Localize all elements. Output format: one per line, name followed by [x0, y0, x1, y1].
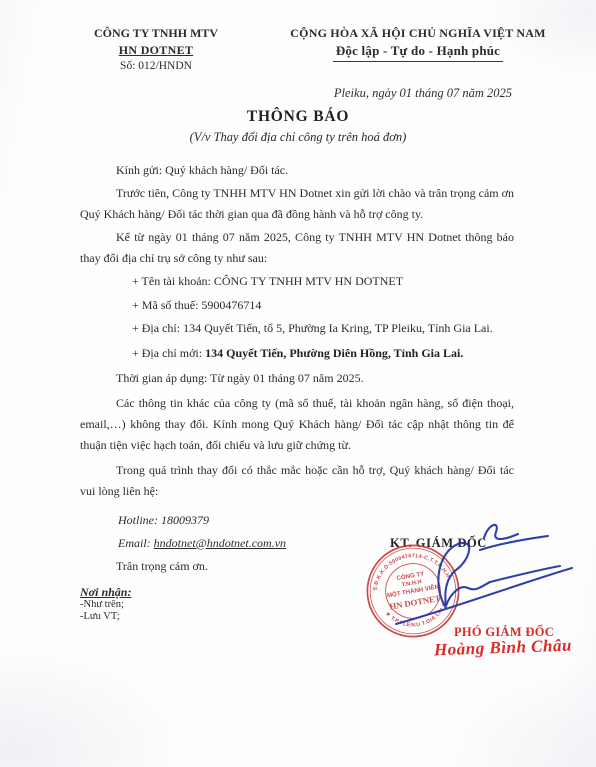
signature-flourish-underline	[480, 536, 548, 550]
national-motto: Độc lập - Tự do - Hạnh phúc	[333, 42, 503, 62]
national-title: CỘNG HÒA XÃ HỘI CHỦ NGHĨA VIỆT NAM	[286, 25, 550, 42]
place-date-line: Pleiku, ngày 01 tháng 07 năm 2025	[0, 86, 596, 101]
detail-old-address: + Địa chỉ: 134 Quyết Tiến, tổ 5, Phường …	[80, 318, 514, 339]
signature-main-loop	[438, 543, 490, 608]
issuer-company-type: CÔNG TY TNHH MTV	[72, 25, 240, 42]
signer-name: Hoàng Bình Châu	[434, 636, 571, 661]
handwritten-signature	[388, 512, 583, 637]
issuer-company-name: HN DOTNET	[72, 42, 240, 59]
paragraph-other-info: Các thông tin khác của công ty (mã số th…	[80, 393, 514, 456]
issuer-block: CÔNG TY TNHH MTV HN DOTNET Số: 012/HNDN	[72, 25, 240, 75]
new-address-value: 134 Quyết Tiến, Phường Diên Hồng, Tỉnh G…	[205, 346, 463, 360]
email-label: Email:	[118, 536, 154, 550]
detail-tax-code: + Mã số thuế: 5900476714	[80, 295, 514, 316]
email-link[interactable]: hndotnet@hndotnet.com.vn	[154, 536, 286, 550]
signature-long-diagonal	[396, 568, 572, 624]
document-ref-number: Số: 012/HNDN	[72, 58, 240, 75]
paragraph-announce: Kể từ ngày 01 tháng 07 năm 2025, Công ty…	[80, 227, 514, 269]
new-address-label: + Địa chỉ mới:	[132, 346, 205, 360]
detail-new-address: + Địa chỉ mới: 134 Quyết Tiến, Phường Di…	[80, 343, 514, 364]
detail-account-name: + Tên tài khoản: CÔNG TY TNHH MTV HN DOT…	[80, 271, 514, 292]
scanned-letter-page: CÔNG TY TNHH MTV HN DOTNET Số: 012/HNDN …	[0, 0, 596, 767]
document-subtitle: (V/v Thay đổi địa chỉ công ty trên hoá đ…	[0, 130, 596, 145]
letter-header: CÔNG TY TNHH MTV HN DOTNET Số: 012/HNDN …	[0, 0, 596, 75]
national-header-block: CỘNG HÒA XÃ HỘI CHỦ NGHĨA VIỆT NAM Độc l…	[286, 25, 550, 75]
paragraph-intro: Trước tiên, Công ty TNHH MTV HN Dotnet x…	[80, 183, 514, 225]
signature-flourish-stroke	[484, 525, 518, 539]
effective-date-line: Thời gian áp dụng: Từ ngày 01 tháng 07 n…	[80, 368, 514, 389]
paragraph-support: Trong quá trình thay đổi có thắc mắc hoặ…	[80, 460, 514, 502]
document-title: THÔNG BÁO	[0, 108, 596, 126]
salutation-line: Kính gửi: Quý khách hàng/ Đối tác.	[80, 160, 514, 181]
